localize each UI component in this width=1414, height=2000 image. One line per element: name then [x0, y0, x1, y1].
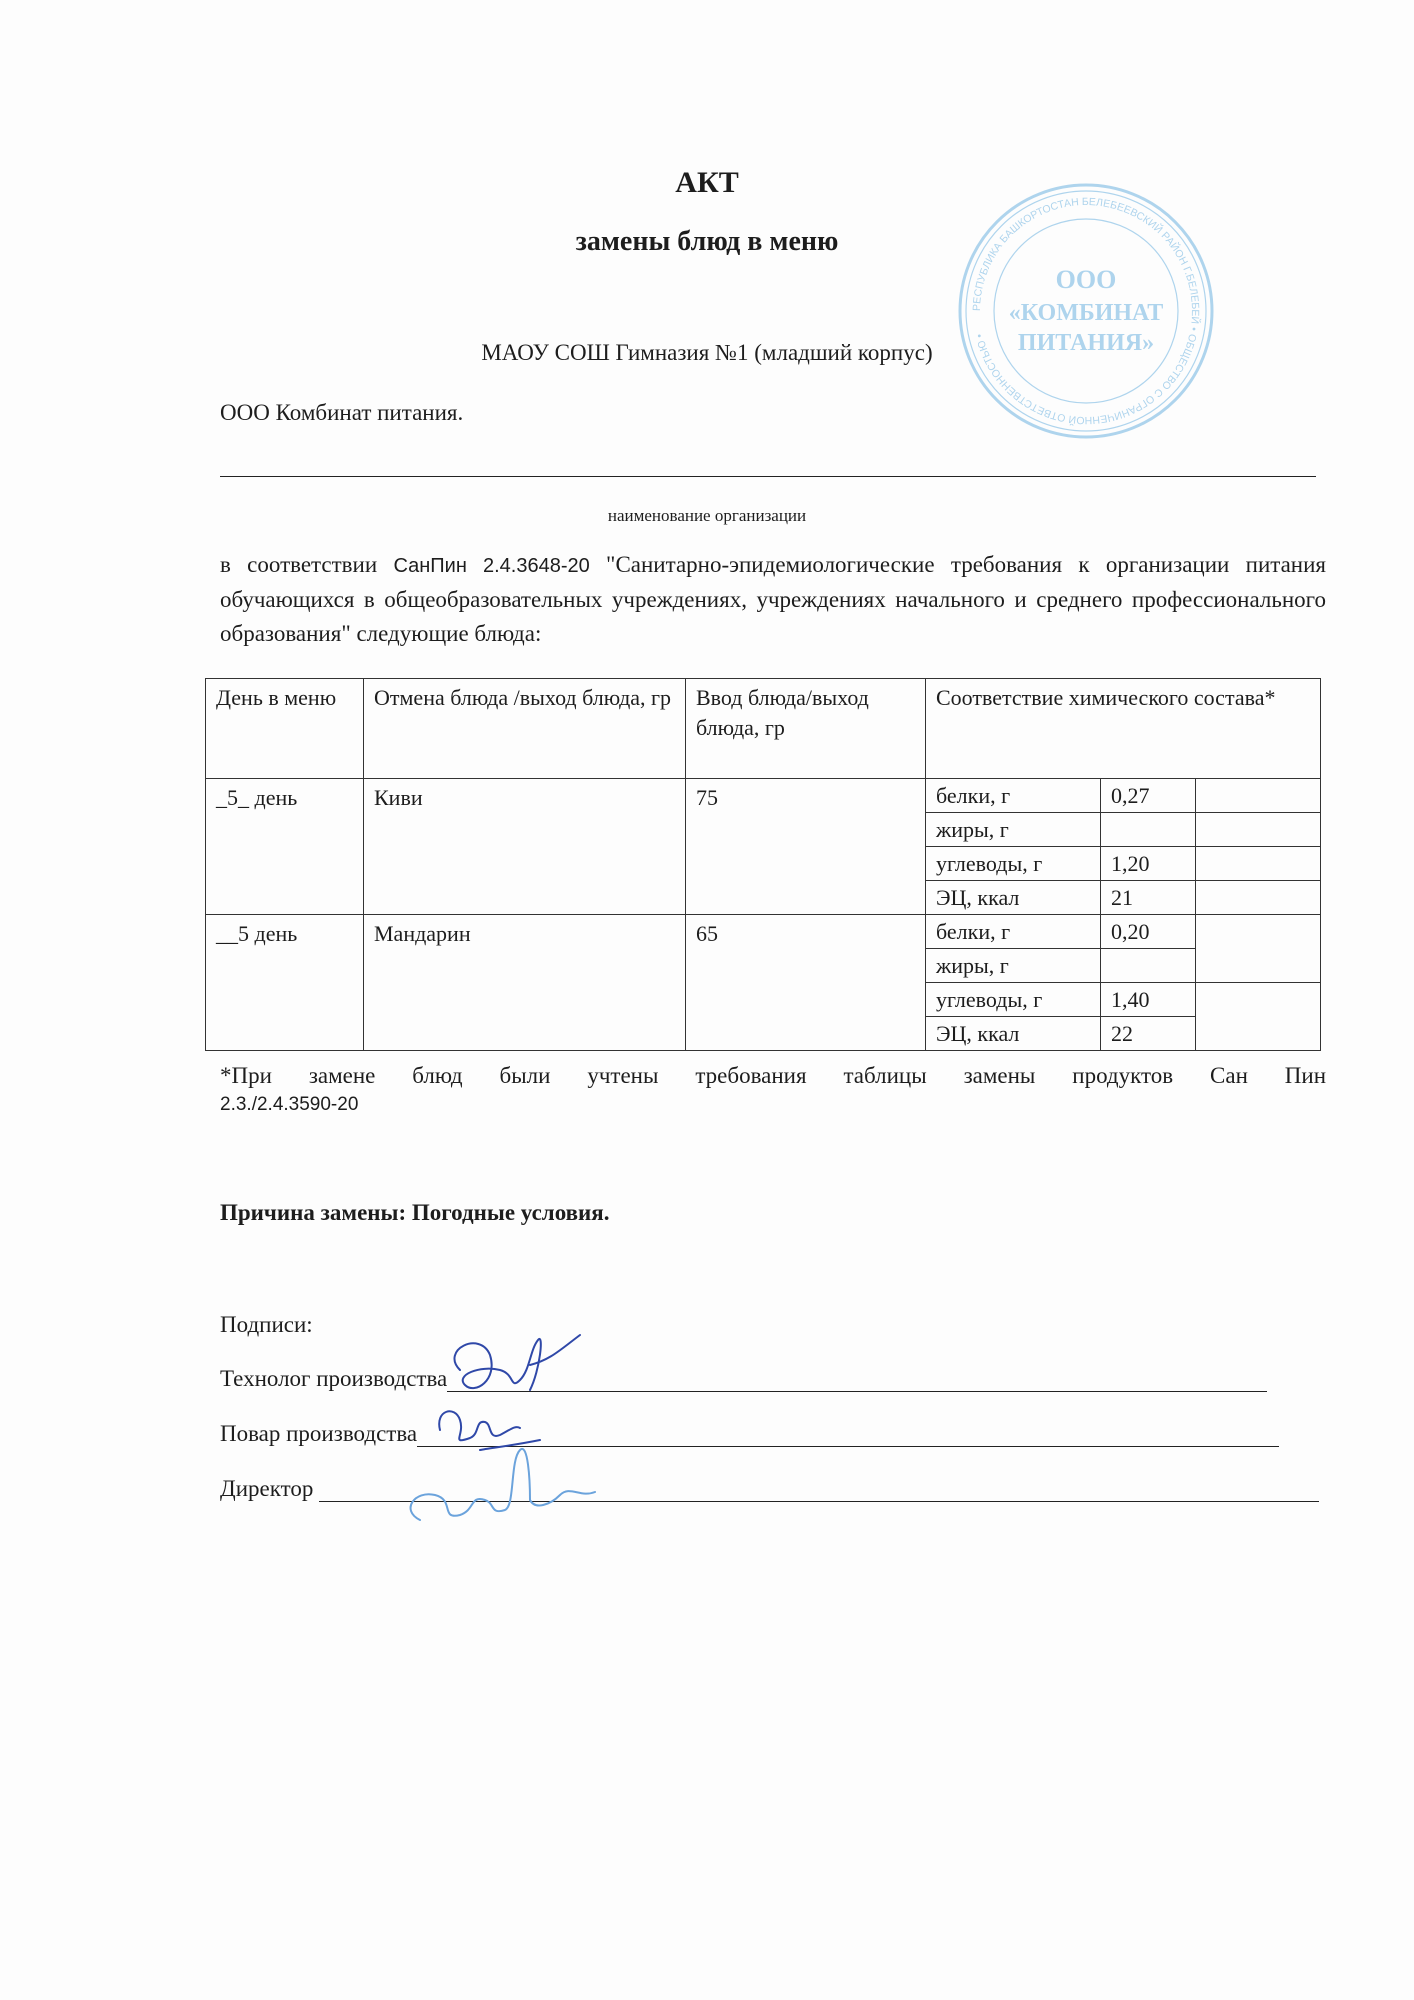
intro-paragraph: в соответствии СанПин 2.4.3648-20 "Санит…: [220, 548, 1326, 651]
row1-protein-value: 0,27: [1101, 779, 1196, 813]
row2-fat-label: жиры, г: [926, 949, 1101, 983]
footnote-line-2: 2.3./2.4.3590-20: [220, 1094, 358, 1116]
signature-cook-mark: [439, 1411, 540, 1450]
row1-carbs-label: углеводы, г: [926, 847, 1101, 881]
signature-technologist-mark: [454, 1335, 580, 1390]
row2-energy-value: 22: [1101, 1017, 1196, 1051]
row1-fat-value: [1101, 813, 1196, 847]
row1-carbs-extra: [1196, 847, 1321, 881]
row1-introduced: 75: [686, 779, 926, 915]
row2-introduced: 65: [686, 915, 926, 1051]
row1-protein-extra: [1196, 779, 1321, 813]
row2-energy-label: ЭЦ, ккал: [926, 1017, 1101, 1051]
footnote-line-1: *При замене блюд были учтены требования …: [220, 1058, 1326, 1094]
row1-cancelled: Киви: [364, 779, 686, 915]
intro-prefix: в соответствии: [220, 552, 393, 577]
organization-underline: [220, 476, 1316, 477]
table-row: _5_ день Киви 75 белки, г 0,27: [206, 779, 1321, 813]
signature-cook: Повар производства: [220, 1421, 1279, 1447]
signature-role: Директор: [220, 1476, 313, 1502]
organization-caption: наименование организации: [0, 506, 1414, 526]
sanpin-code: СанПин 2.4.3648-20: [393, 555, 589, 577]
signature-director-mark: [411, 1449, 595, 1520]
row1-fat-extra: [1196, 813, 1321, 847]
table-row: __5 день Мандарин 65 белки, г 0,20: [206, 915, 1321, 949]
row1-energy-value: 21: [1101, 881, 1196, 915]
handwritten-signatures: [380, 1310, 700, 1540]
row1-energy-label: ЭЦ, ккал: [926, 881, 1101, 915]
signature-technologist: Технолог производства: [220, 1366, 1267, 1392]
table-header-row: День в меню Отмена блюда /выход блюда, г…: [206, 679, 1321, 779]
row2-cancelled: Мандарин: [364, 915, 686, 1051]
header-day: День в меню: [206, 679, 364, 779]
organization-name: ООО Комбинат питания.: [220, 400, 463, 426]
row1-day: _5_ день: [206, 779, 364, 915]
header-composition: Соответствие химического состава*: [926, 679, 1321, 779]
stamp-line-2: «КОМБИНАТ: [1009, 300, 1164, 326]
replacement-reason: Причина замены: Погодные условия.: [220, 1200, 610, 1226]
replacement-table: День в меню Отмена блюда /выход блюда, г…: [205, 678, 1321, 1051]
row2-protein-label: белки, г: [926, 915, 1101, 949]
row2-day: __5 день: [206, 915, 364, 1051]
signatures-heading: Подписи:: [220, 1312, 313, 1338]
row2-protein-value: 0,20: [1101, 915, 1196, 949]
stamp-line-3: ПИТАНИЯ»: [1018, 330, 1154, 356]
row1-energy-extra: [1196, 881, 1321, 915]
row2-extra-top: [1196, 915, 1321, 983]
row2-fat-value: [1101, 949, 1196, 983]
organization-stamp: РЕСПУБЛИКА БАШКОРТОСТАН БЕЛЕБЕЕВСКИЙ РАЙ…: [955, 180, 1217, 442]
row2-extra-bottom: [1196, 983, 1321, 1051]
row1-protein-label: белки, г: [926, 779, 1101, 813]
row1-carbs-value: 1,20: [1101, 847, 1196, 881]
stamp-line-1: ООО: [1056, 265, 1117, 294]
header-cancelled: Отмена блюда /выход блюда, гр: [364, 679, 686, 779]
row2-carbs-label: углеводы, г: [926, 983, 1101, 1017]
header-introduced: Ввод блюда/выход блюда, гр: [686, 679, 926, 779]
row2-carbs-value: 1,40: [1101, 983, 1196, 1017]
row1-fat-label: жиры, г: [926, 813, 1101, 847]
